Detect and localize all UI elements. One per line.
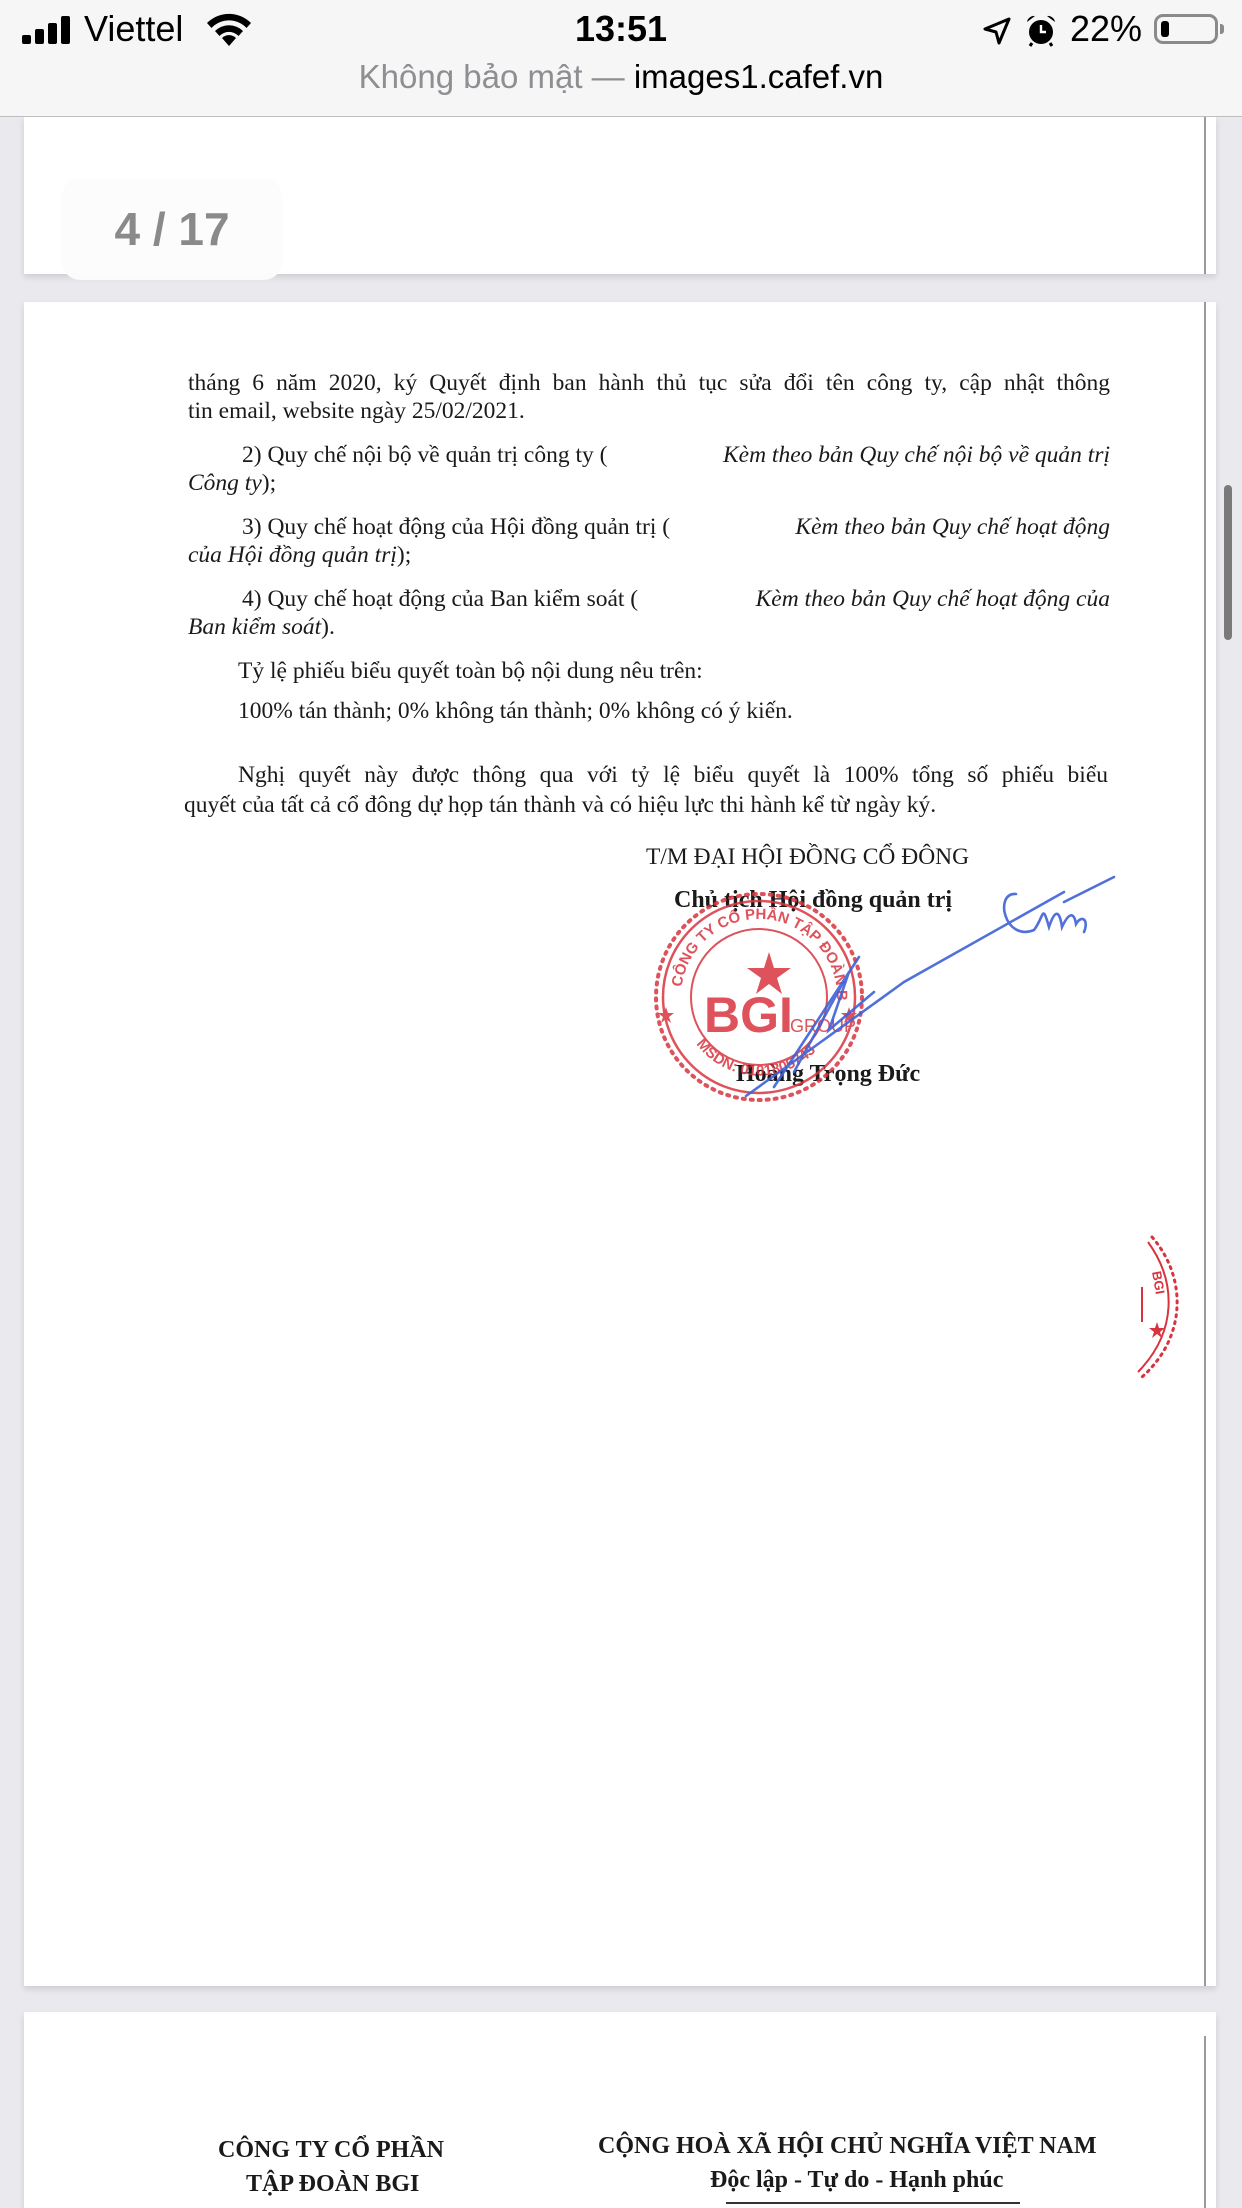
list-item-4: 4) Quy chế hoạt động của Ban kiểm soát (… [242,588,1110,612]
vote-intro: Tỷ lệ phiếu biểu quyết toàn bộ nội dung … [238,660,703,684]
security-label: Không bảo mật — [359,58,625,95]
alarm-clock-icon [1024,13,1058,47]
paragraph-line: tháng 6 năm 2020, ký Quyết định ban hành… [188,372,1110,396]
company-name-line-1: CÔNG TY CỔ PHẦN [218,2138,444,2162]
document-page-4: tháng 6 năm 2020, ký Quyết định ban hành… [24,302,1216,1986]
url-host: images1.cafef.vn [634,58,883,95]
status-bar: Viettel 13:51 22% [0,0,1242,60]
list-item-2-cont: Công ty); [188,472,276,496]
browser-chrome: Viettel 13:51 22% Không bảo mật — images… [0,0,1242,117]
svg-text:BGI: BGI [704,987,793,1043]
motto-underline [726,2202,1020,2204]
list-item-4-cont: Ban kiểm soát). [188,616,335,640]
page-indicator: 4 / 17 [62,178,282,280]
vertical-scrollbar[interactable] [1224,485,1232,640]
battery-percent: 22% [1070,8,1142,50]
url-bar[interactable]: Không bảo mật — images1.cafef.vn [0,58,1242,96]
company-seal-icon: CÔNG TY CỔ PHẦN TẬP ĐOÀN BGI MSDN: 01018… [644,872,862,1100]
list-item-3-cont: của Hội đồng quản trị); [188,544,411,568]
location-arrow-icon [982,16,1012,46]
nation-motto: Độc lập - Tự do - Hạnh phúc [710,2168,1003,2192]
signature-on-behalf: T/M ĐẠI HỘI ĐỒNG CỔ ĐÔNG [646,846,969,870]
battery-tip [1220,24,1224,34]
list-item-3: 3) Quy chế hoạt động của Hội đồng quản t… [242,516,1110,540]
list-item-2: 2) Quy chế nội bộ về quản trị công ty (K… [242,444,1110,468]
resolution-line: Nghị quyết này được thông qua với tỷ lệ … [238,764,1108,788]
battery-icon [1154,14,1218,44]
scan-edge-line [1204,116,1206,274]
company-name-line-2: TẬP ĐOÀN BGI [246,2172,419,2196]
edge-seal-fragment-icon: BGI [1132,1232,1192,1382]
svg-text:BGI: BGI [1149,1270,1168,1295]
paragraph-line: tin email, website ngày 25/02/2021. [188,400,525,424]
company-seal-and-signature: CÔNG TY CỔ PHẦN TẬP ĐOÀN BGI MSDN: 01018… [644,872,1144,1112]
nation-header: CỘNG HOÀ XÃ HỘI CHỦ NGHĨA VIỆT NAM [598,2134,1097,2158]
document-page-5: CÔNG TY CỔ PHẦN TẬP ĐOÀN BGI CỘNG HOÀ XÃ… [24,2012,1216,2208]
resolution-line: quyết của tất cả cổ đông dự họp tán thàn… [184,794,936,818]
vote-result: 100% tán thành; 0% không tán thành; 0% k… [238,700,793,724]
